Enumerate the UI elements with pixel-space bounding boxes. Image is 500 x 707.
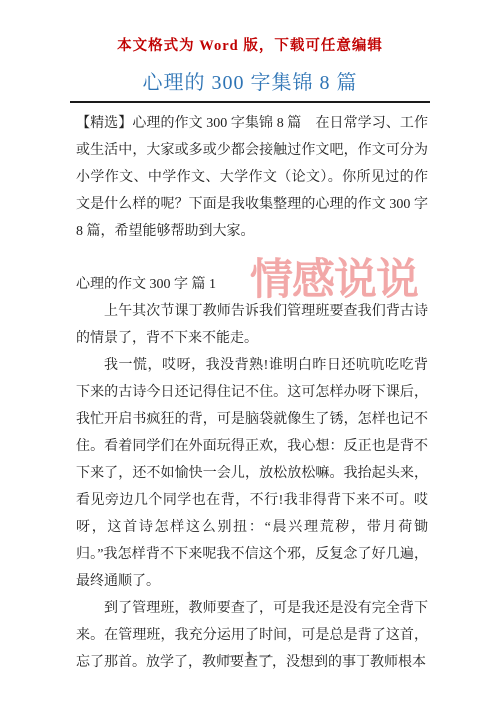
document-page: 本文格式为 Word 版，下载可任意编辑 心理的 300 字集锦 8 篇 【精选… — [0, 0, 500, 707]
section-heading: 心理的作文 300 字 篇 1 — [76, 271, 428, 298]
page-number: — 1 — — [0, 648, 500, 664]
document-body: 【精选】心理的作文 300 字集锦 8 篇 在日常学习、工作或生活中，大家或多或… — [76, 110, 428, 676]
document-title: 心理的 300 字集锦 8 篇 — [0, 66, 500, 95]
body-paragraph: 上午其次节课丁教师告诉我们管理班要查我们背古诗的情景了，背不下来不能走。 — [76, 298, 428, 352]
title-divider — [70, 101, 430, 103]
word-format-notice: 本文格式为 Word 版，下载可任意编辑 — [0, 34, 500, 55]
intro-paragraph: 【精选】心理的作文 300 字集锦 8 篇 在日常学习、工作或生活中，大家或多或… — [76, 110, 428, 245]
body-paragraph: 我一慌，哎呀，我没背熟!谁明白昨日还吭吭吃吃背下来的古诗今日还记得住记不住。这可… — [76, 352, 428, 595]
